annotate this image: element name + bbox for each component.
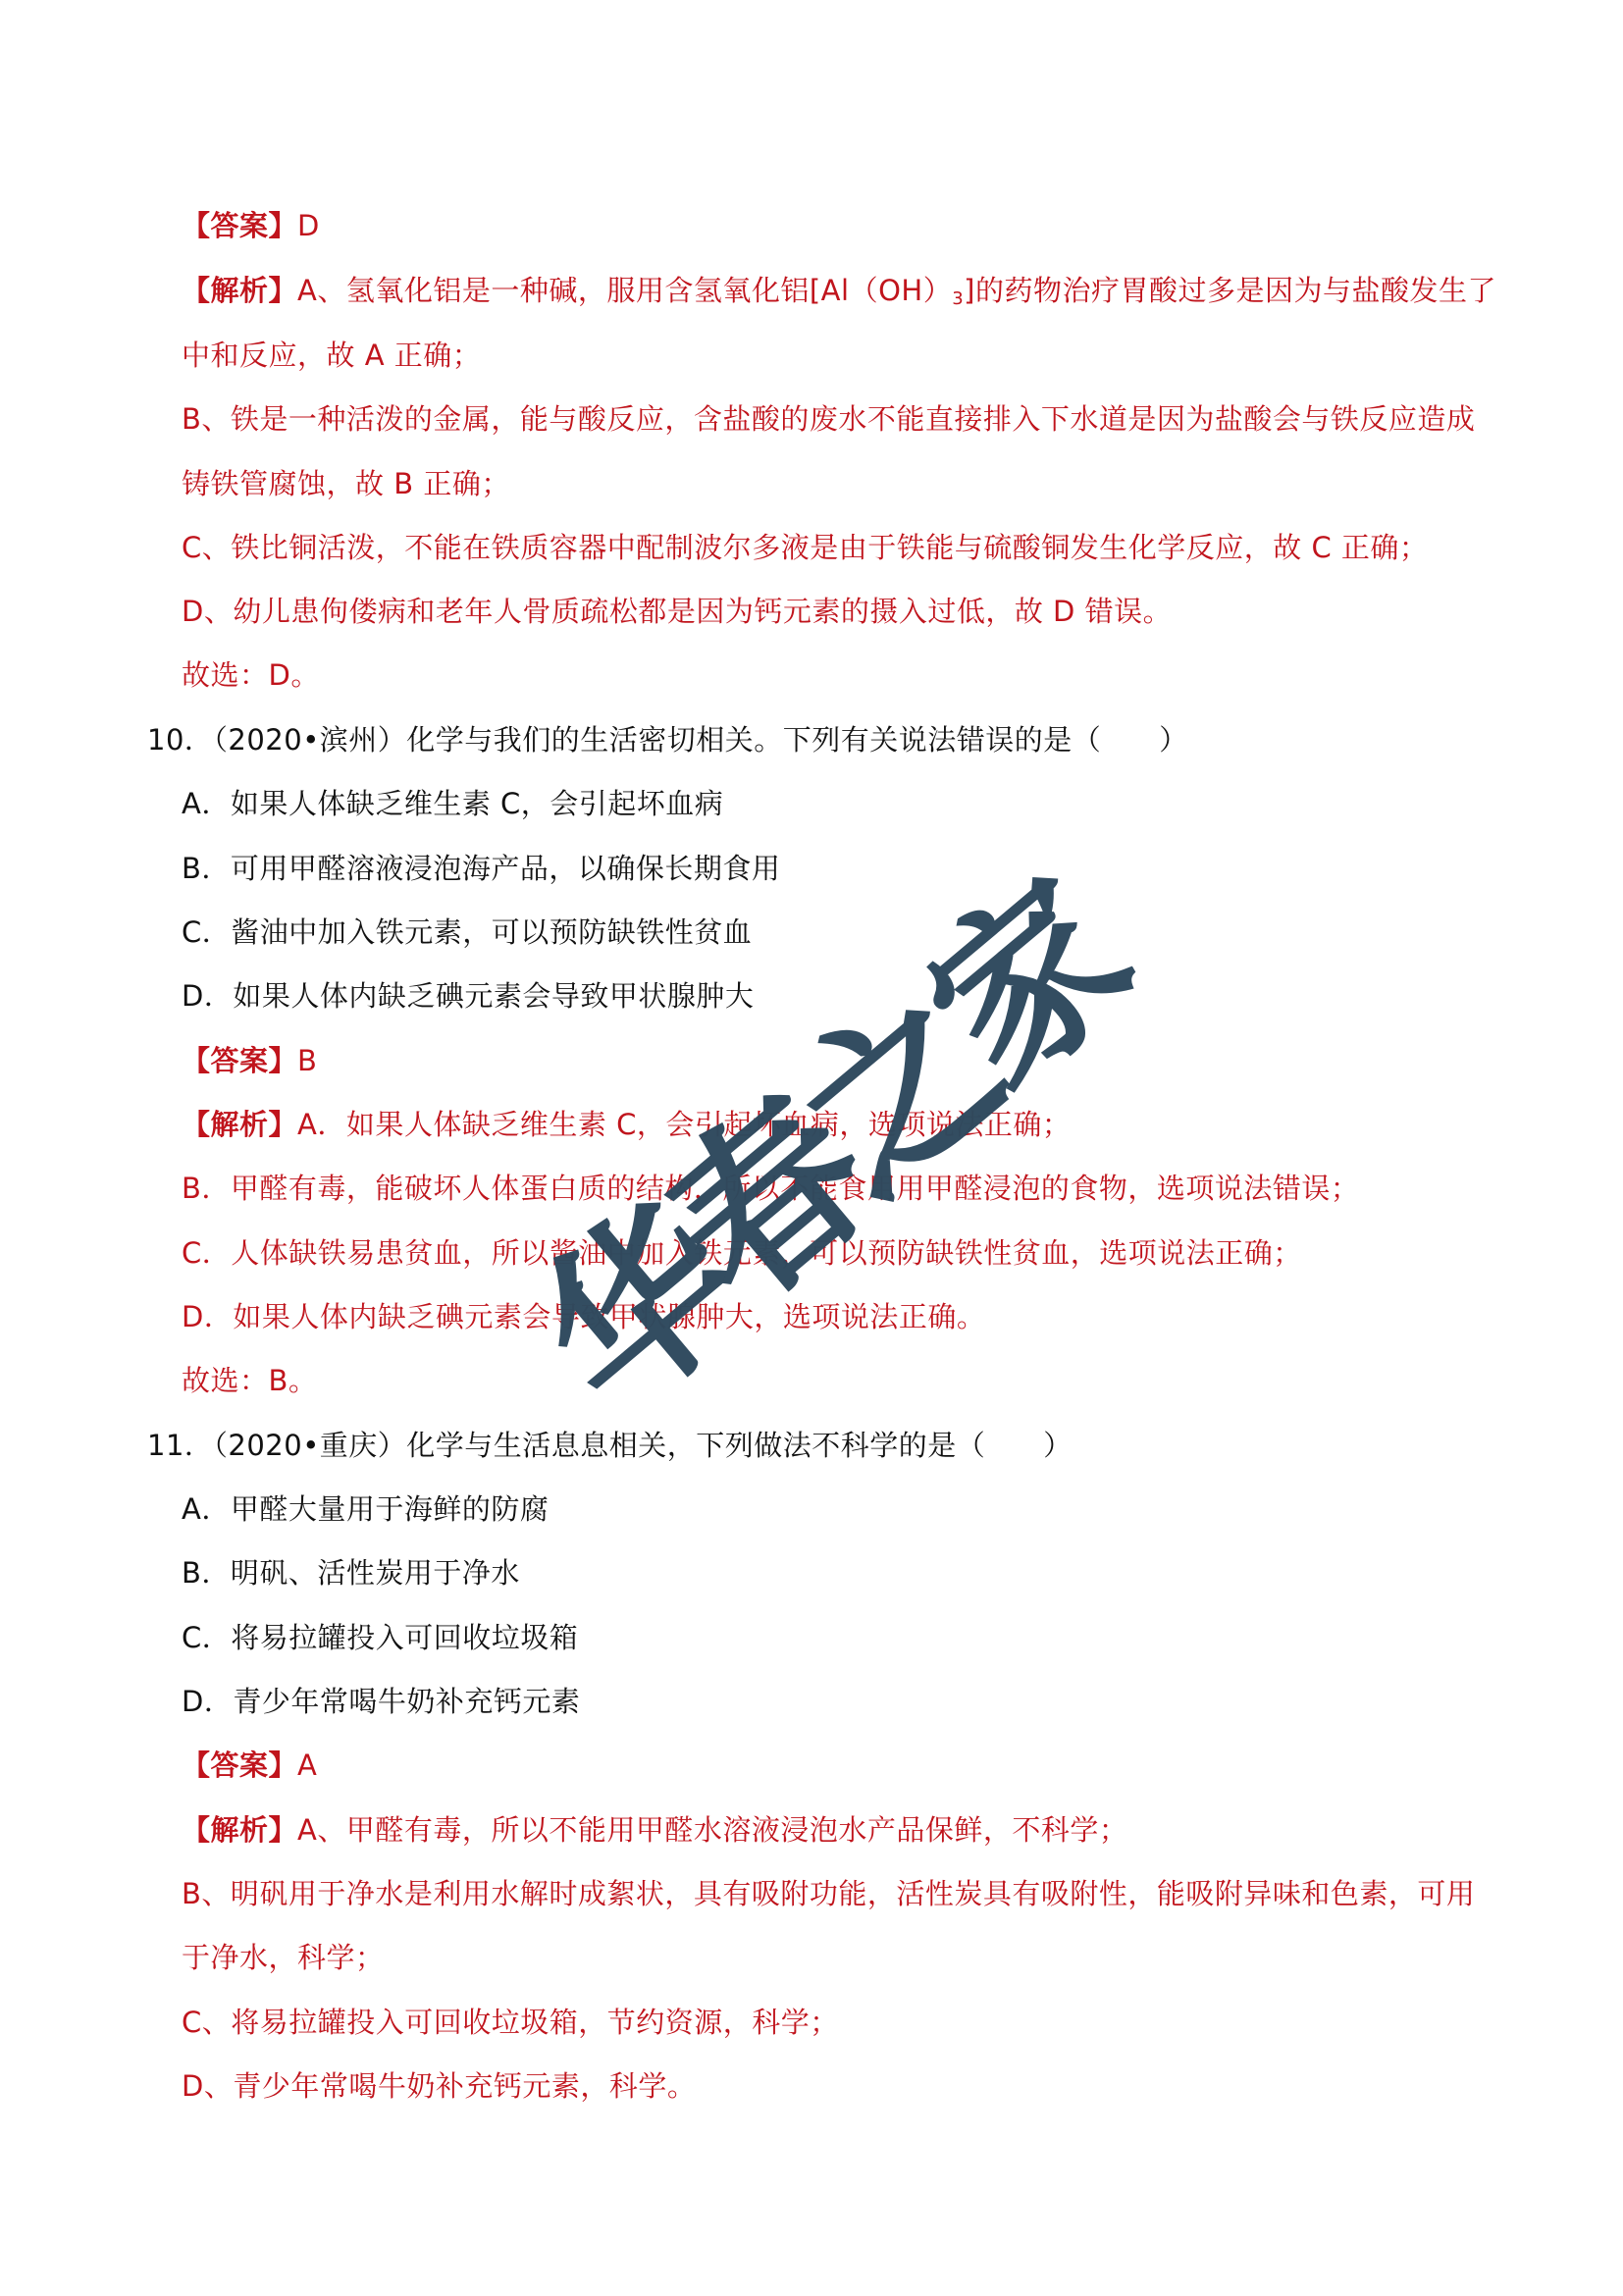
analysis-label: 【解析】 (182, 1813, 297, 1847)
q9-analysis-line-6: D、幼儿患佝偻病和老年人骨质疏松都是因为钙元素的摄入过低，故 D 错误。 (182, 590, 1172, 633)
q11-answer-line: 【答案】A (182, 1744, 317, 1787)
q11-analysis-line-2: B、明矾用于净水是利用水解时成絮状，具有吸附功能，活性炭具有吸附性，能吸附异味和… (182, 1872, 1475, 1915)
answer-label: 【答案】 (182, 1044, 297, 1077)
q9-answer-value: D (297, 209, 320, 242)
q11-stem: 11．（2020•重庆）化学与生活息息相关，下列做法不科学的是（ ） (147, 1424, 1073, 1467)
q10-analysis-line-2: B．甲醛有毒，能破坏人体蛋白质的结构，所以不能食用用甲醛浸泡的食物，选项说法错误… (182, 1167, 1359, 1210)
q10-answer-value: B (297, 1044, 317, 1077)
q9-analysis-line-5: C、铁比铜活泼，不能在铁质容器中配制波尔多液是由于铁能与硫酸铜发生化学反应，故 … (182, 526, 1428, 569)
q10-option-d: D．如果人体内缺乏碘元素会导致甲状腺肿大 (182, 974, 754, 1018)
q9-analysis-line-1: 【解析】A、氢氧化铝是一种碱，服用含氢氧化铝[Al（OH）3]的药物治疗胃酸过多… (182, 269, 1496, 312)
q9-analysis-line-2: 中和反应，故 A 正确； (182, 334, 481, 377)
q9-analysis-line-4: 铸铁管腐蚀，故 B 正确； (182, 462, 510, 505)
q11-option-c: C．将易拉罐投入可回收垃圾箱 (182, 1616, 578, 1659)
document-page: 【答案】D 【解析】A、氢氧化铝是一种碱，服用含氢氧化铝[Al（OH）3]的药物… (0, 0, 1623, 2296)
answer-label: 【答案】 (182, 1748, 297, 1782)
q11-analysis-line-4: C、将易拉罐投入可回收垃圾箱，节约资源，科学； (182, 2001, 839, 2044)
analysis-label: 【解析】 (182, 1108, 297, 1141)
q10-analysis-line-4: D．如果人体内缺乏碘元素会导致甲状腺肿大，选项说法正确。 (182, 1295, 985, 1338)
q10-analysis-line-3: C．人体缺铁易患贫血，所以酱油中加入铁元素，可以预防缺铁性贫血，选项说法正确； (182, 1231, 1302, 1275)
answer-label: 【答案】 (182, 209, 297, 242)
q11-answer-value: A (297, 1748, 317, 1782)
q10-option-b: B．可用甲醛溶液浸泡海产品，以确保长期食用 (182, 847, 780, 890)
q11-option-d: D．青少年常喝牛奶补充钙元素 (182, 1680, 580, 1723)
q10-answer-line: 【答案】B (182, 1039, 317, 1082)
q10-conclusion: 故选：B。 (182, 1359, 317, 1402)
q11-analysis-line-5: D、青少年常喝牛奶补充钙元素，科学。 (182, 2064, 696, 2108)
q11-option-a: A．甲醛大量用于海鲜的防腐 (182, 1487, 549, 1531)
q11-analysis-line-1: 【解析】A、甲醛有毒，所以不能用甲醛水溶液浸泡水产品保鲜，不科学； (182, 1808, 1127, 1852)
q9-answer-line: 【答案】D (182, 204, 320, 247)
q10-option-c: C．酱油中加入铁元素，可以预防缺铁性贫血 (182, 911, 752, 954)
q9-conclusion: 故选：D。 (182, 653, 320, 697)
q10-analysis-line-1: 【解析】A．如果人体缺乏维生素 C，会引起坏血病，选项说法正确； (182, 1103, 1071, 1146)
q10-option-a: A．如果人体缺乏维生素 C，会引起坏血病 (182, 782, 723, 825)
q9-analysis-line-3: B、铁是一种活泼的金属，能与酸反应，含盐酸的废水不能直接排入下水道是因为盐酸会与… (182, 397, 1475, 441)
q11-analysis-line-3: 于净水，科学； (182, 1936, 385, 1979)
q11-option-b: B．明矾、活性炭用于净水 (182, 1551, 520, 1594)
q10-stem: 10．（2020•滨州）化学与我们的生活密切相关。下列有关说法错误的是（ ） (147, 718, 1188, 761)
analysis-label: 【解析】 (182, 274, 297, 307)
